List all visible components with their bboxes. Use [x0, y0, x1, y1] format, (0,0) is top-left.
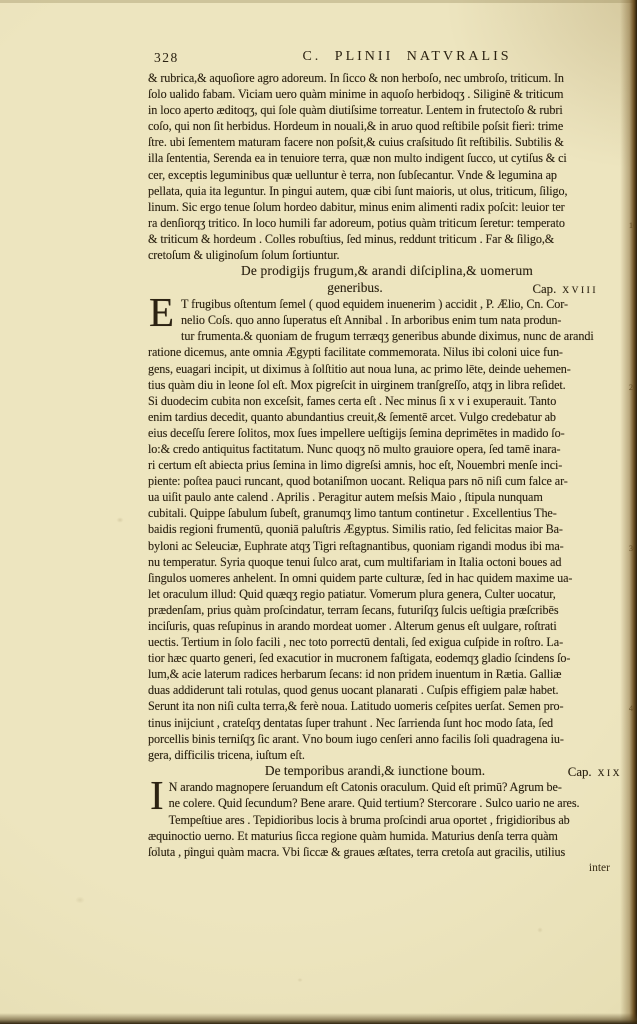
- chapter-18-heading: De prodigijs frugum,& arandi diſciplina,…: [148, 263, 626, 296]
- text-block: 328 C. PLINII NATVRALIS & rubrica,& aquo…: [148, 46, 626, 875]
- text-line: ua uiſit paulo ante calend . Aprilis . P…: [148, 489, 626, 505]
- text-line: ra denſiorqʒ tritico. In loco humili far…: [148, 215, 626, 231]
- text-line: Si duodecim cubita non exceſsit, fames c…: [148, 393, 626, 409]
- text-line: Tempeſtiue ares . Tepidioribus locis à b…: [148, 812, 626, 828]
- chapter-18-body: E T frugibus oſtentum ſemel ( quod equid…: [148, 296, 626, 763]
- chapter-18-heading-tail: generibus.: [327, 280, 382, 297]
- text-line: & rubrica,& aquoſiore agro adoreum. In ſ…: [148, 70, 626, 86]
- paragraph-continuation: & rubrica,& aquoſiore agro adoreum. In ſ…: [148, 70, 626, 263]
- chapter-19-heading: De temporibus arandi,& iunctione boum. C…: [148, 763, 626, 780]
- text-line: lum,& acie laterum radices herbarum ſeca…: [148, 666, 626, 682]
- text-line: nelio Coſs. quo anno ſuperatus eſt Annib…: [148, 312, 626, 328]
- text-line: tius quàm diu in leone ſol eſt. Mox pigr…: [148, 377, 626, 393]
- page-edge-shadow-top: [0, 0, 637, 3]
- chapter-19-heading-line: De temporibus arandi,& iunctione boum. C…: [148, 763, 626, 780]
- text-line: coſo, qui non ſit herbidus. Hordeum in n…: [148, 118, 626, 134]
- margin-line-number: 10: [629, 218, 637, 234]
- text-line: æquinoctio uerno. Et maturius ſicca regi…: [148, 828, 626, 844]
- text-line: baidis regioni frumentū, quoniā paluſtri…: [148, 521, 626, 537]
- page-header: 328 C. PLINII NATVRALIS: [148, 46, 626, 70]
- text-line: in loco aperto æditoqʒ, qui ſole quàm di…: [148, 102, 626, 118]
- text-line: linum. Sic ergo tenue ſolum hordeo dabit…: [148, 199, 626, 215]
- cap-roman-numeral: XIX: [598, 769, 622, 779]
- chapter-19-heading-title: De temporibus arandi,& iunctione boum.: [265, 763, 485, 780]
- text-line: cubitali. Quippe ſabulum ſubeſt, granumq…: [148, 505, 626, 521]
- text-line: illa ſententia, Serenda ea in tenuiore t…: [148, 150, 626, 166]
- text-line: ratione dicemus, ante omnia Ægypti facil…: [148, 344, 626, 360]
- text-line: let oraculum illud: Quid quæqʒ regio pat…: [148, 586, 626, 602]
- text-line: ne colere. Quid ſecundum? Bene arare. Qu…: [148, 795, 626, 811]
- text-line: T frugibus oſtentum ſemel ( quod equidem…: [148, 296, 626, 312]
- text-line: uectis. Tertium in ſolo facili , nec tot…: [148, 634, 626, 650]
- text-line: lo:& credo antiquitus factitatum. Nunc q…: [148, 441, 626, 457]
- text-line: duas addiderunt tali rotulas, quod genus…: [148, 682, 626, 698]
- text-line: ri certum eſt abiecta prius ſemina in li…: [148, 457, 626, 473]
- text-line: pellata, quia ita leguntur. In pingui au…: [148, 183, 626, 199]
- text-line: N arando magnopere ſeruandum eſt Catonis…: [148, 779, 626, 795]
- text-line: gens, euagari incipit, ut diximus à ſolſ…: [148, 361, 626, 377]
- text-line: gera, difficilis tricena, iuſtum eſt.: [148, 747, 626, 763]
- book-page-scan: 328 C. PLINII NATVRALIS & rubrica,& aquo…: [0, 0, 637, 1024]
- text-line: ſolo ualido fabam. Viciam uero quàm mini…: [148, 86, 626, 102]
- text-line: tur frumenta.& quoniam de frugum terræqʒ…: [148, 328, 626, 344]
- text-line: inciſuris, quas reſupinus in arando mord…: [148, 618, 626, 634]
- margin-line-number: 40: [629, 701, 637, 717]
- page-edge-shadow-bottom: [0, 1013, 637, 1024]
- text-line: ſingulos uomeres anhelent. In omni quide…: [148, 570, 626, 586]
- text-line: ſtre. ubi ſementem maturam facere non po…: [148, 134, 626, 150]
- text-line: cretoſum & uliginoſum ſolum ſortiuntur.: [148, 247, 626, 263]
- margin-line-number: 30: [629, 541, 637, 557]
- text-line: Serunt ita non niſi culta terra,& ferè n…: [148, 698, 626, 714]
- text-line: byloni ac Seleuciæ, Euphrate atqʒ Tigri …: [148, 538, 626, 554]
- text-line: nu temperatur. Syria quoque tenui ſulco …: [148, 554, 626, 570]
- chapter-18-heading-line1: De prodigijs frugum,& arandi diſciplina,…: [148, 263, 626, 280]
- text-line: eius deceſſu ſerere ſolitos, mox ſues im…: [148, 425, 626, 441]
- text-line: enim tardius decedit, quanto abundantius…: [148, 409, 626, 425]
- catchword: inter: [148, 861, 626, 875]
- cap-label: Cap.: [568, 765, 592, 779]
- chapter-18-lines: T frugibus oſtentum ſemel ( quod equidem…: [148, 296, 626, 763]
- running-title: C. PLINII NATVRALIS: [168, 49, 637, 65]
- text-line: tior hæc quarto generi, ſed exacutior in…: [148, 650, 626, 666]
- text-line: porcellis binis terniſqʒ ſic arant. Vno …: [148, 731, 626, 747]
- cap-roman-numeral: XVIII: [562, 286, 598, 296]
- text-line: prædenſam, prius quàm proſcindatur, terr…: [148, 602, 626, 618]
- text-line: cer, exceptis leguminibus quæ uelluntur …: [148, 167, 626, 183]
- text-line: tinus inijciunt , crateſqʒ dentatas ſupe…: [148, 715, 626, 731]
- margin-line-number: 20: [629, 380, 637, 396]
- cap-label: Cap.: [532, 282, 556, 296]
- text-line: & triticum & hordeum . Colles robuſtius,…: [148, 231, 626, 247]
- chapter-18-heading-line2: generibus. Cap.XVIII: [148, 280, 626, 297]
- pencil-marks: 58: [153, 845, 220, 858]
- text-line: piente: poſtea pauci runcant, quod botan…: [148, 473, 626, 489]
